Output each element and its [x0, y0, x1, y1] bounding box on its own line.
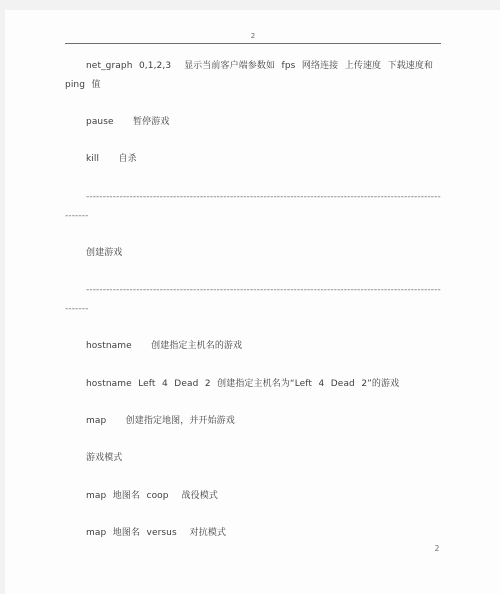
document-body: net_graph 0,1,2,3 显示当前客户端参数如 fps 网络连接 上传… [65, 57, 441, 543]
blank-line [65, 225, 441, 244]
document-page: 2 net_graph 0,1,2,3 显示当前客户端参数如 fps 网络连接 … [5, 10, 500, 594]
text-line: hostname Left 4 Dead 2 创建指定主机名为“Left 4 D… [65, 375, 441, 394]
blank-line [65, 319, 441, 338]
text-line: 创建游戏 [65, 244, 441, 263]
blank-line [65, 263, 441, 282]
blank-line [65, 356, 441, 375]
text-line: 游戏模式 [65, 449, 441, 468]
text-line: net_graph 0,1,2,3 显示当前客户端参数如 fps 网络连接 上传… [65, 57, 441, 76]
separator-dashes: ------- [65, 300, 441, 319]
text-line: pause 暂停游戏 [65, 113, 441, 132]
text-line: kill 自杀 [65, 150, 441, 169]
footer-page-number: 2 [430, 544, 444, 553]
page-header: 2 [65, 32, 441, 44]
blank-line [65, 431, 441, 450]
blank-line [65, 94, 441, 113]
document-viewer: 2 net_graph 0,1,2,3 显示当前客户端参数如 fps 网络连接 … [0, 0, 500, 594]
separator-dashes: ----------------------------------------… [65, 188, 441, 207]
header-rule [65, 43, 441, 44]
text-line: ping 值 [65, 76, 441, 95]
blank-line [65, 506, 441, 525]
text-line: map 创建指定地图，并开始游戏 [65, 412, 441, 431]
blank-line [65, 169, 441, 188]
text-line: map 地图名 versus 对抗模式 [65, 524, 441, 543]
blank-line [65, 132, 441, 151]
header-page-number: 2 [65, 32, 441, 41]
blank-line [65, 393, 441, 412]
text-line: hostname 创建指定主机名的游戏 [65, 337, 441, 356]
blank-line [65, 468, 441, 487]
text-line: map 地图名 coop 战役模式 [65, 487, 441, 506]
separator-dashes: ----------------------------------------… [65, 281, 441, 300]
separator-dashes: ------- [65, 207, 441, 226]
